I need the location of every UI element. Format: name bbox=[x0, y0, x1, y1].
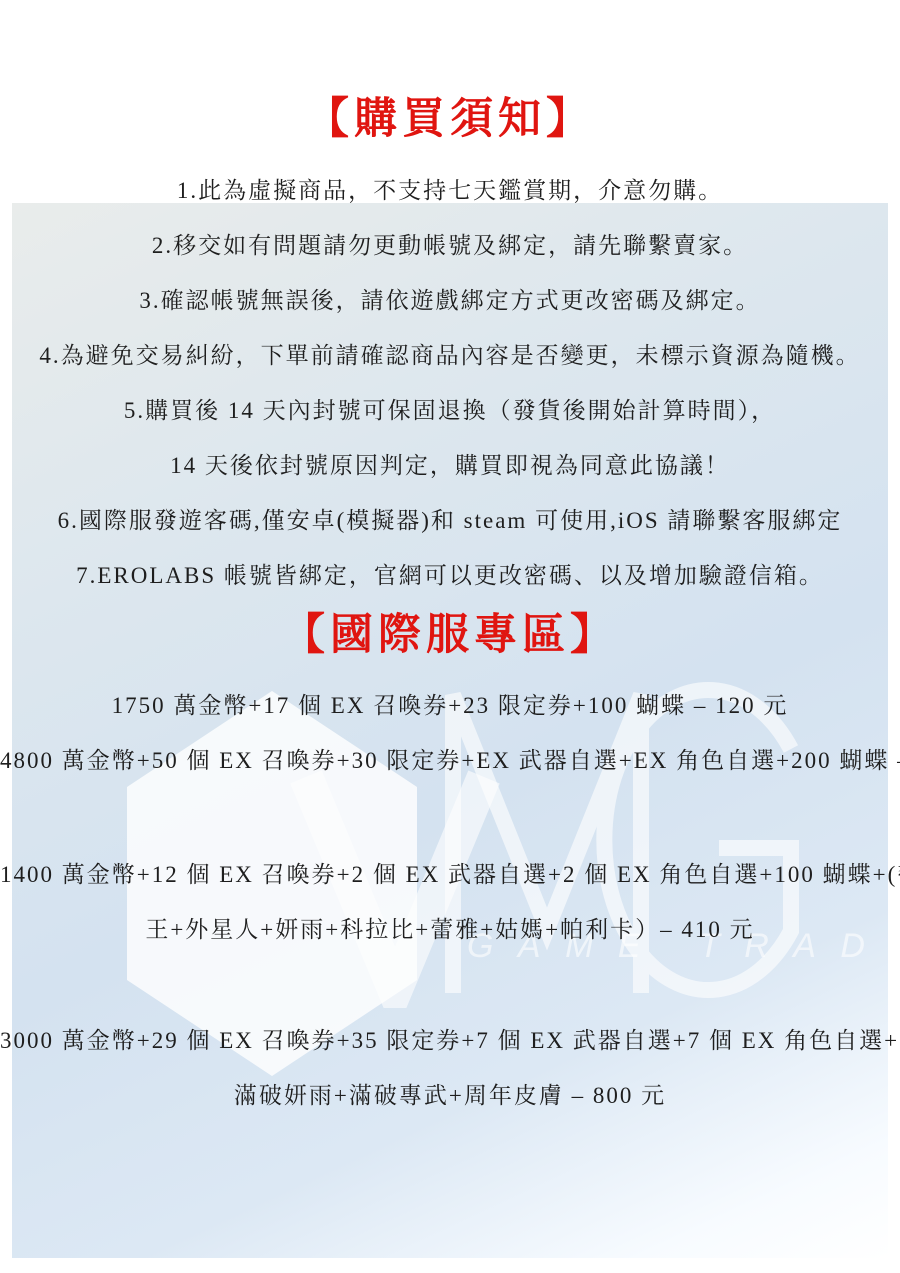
offer-line-4b: 滿破妍雨+滿破專武+周年皮膚 – 800 元 bbox=[0, 1081, 900, 1111]
notice-line-7: 7.EROLABS 帳號皆綁定，官網可以更改密碼、以及增加驗證信箱。 bbox=[0, 561, 900, 591]
offer-line-3b: 王+外星人+妍雨+科拉比+蕾雅+姑媽+帕利卡）– 410 元 bbox=[0, 915, 900, 945]
notice-line-3: 3.確認帳號無誤後，請依遊戲綁定方式更改密碼及綁定。 bbox=[0, 286, 900, 316]
section-title: 【國際服專區】 bbox=[0, 612, 900, 659]
notice-title: 【購買須知】 bbox=[0, 96, 900, 143]
notice-line-2: 2.移交如有問題請勿更動帳號及綁定，請先聯繫賣家。 bbox=[0, 231, 900, 261]
mg-logo-icon bbox=[437, 681, 807, 1001]
notice-line-6: 6.國際服發遊客碼,僅安卓(模擬器)和 steam 可使用,iOS 請聯繫客服綁… bbox=[0, 506, 900, 536]
notice-line-1: 1.此為虛擬商品，不支持七天鑑賞期，介意勿購。 bbox=[0, 176, 900, 206]
offer-line-3a: 1400 萬金幣+12 個 EX 召喚券+2 個 EX 武器自選+2 個 EX … bbox=[0, 860, 900, 890]
offer-line-2: 4800 萬金幣+50 個 EX 召喚券+30 限定券+EX 武器自選+EX 角… bbox=[0, 746, 900, 776]
offer-line-1: 1750 萬金幣+17 個 EX 召喚券+23 限定券+100 蝴蝶 – 120… bbox=[0, 691, 900, 721]
offer-line-4a: 3000 萬金幣+29 個 EX 召喚券+35 限定券+7 個 EX 武器自選+… bbox=[0, 1026, 900, 1056]
notice-line-5b: 14 天後依封號原因判定，購買即視為同意此協議！ bbox=[0, 451, 900, 481]
notice-line-4: 4.為避免交易糾紛，下單前請確認商品內容是否變更，未標示資源為隨機。 bbox=[0, 341, 900, 371]
notice-line-5a: 5.購買後 14 天內封號可保固退換（發貨後開始計算時間）， bbox=[0, 396, 900, 426]
